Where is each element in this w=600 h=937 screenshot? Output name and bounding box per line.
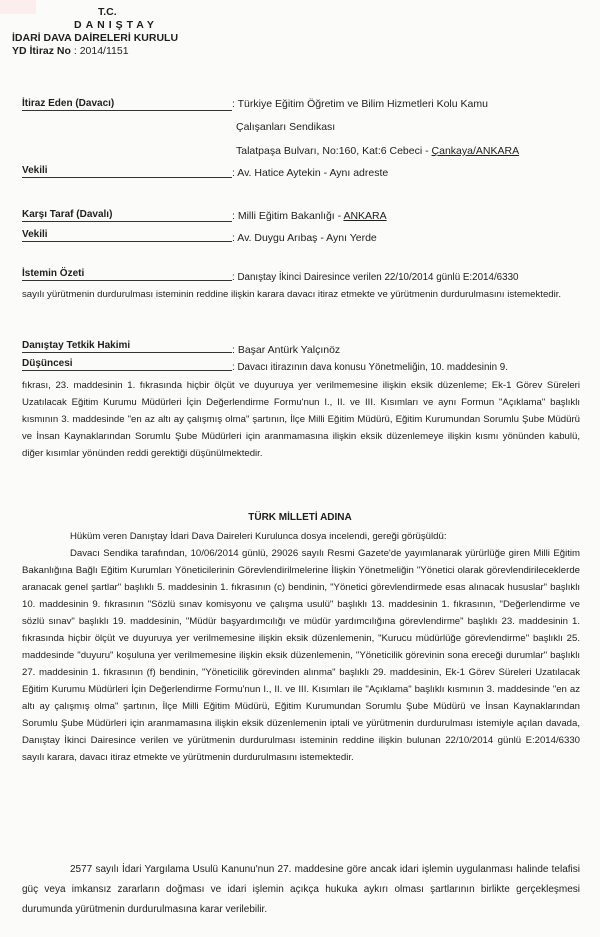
respondent-label: Karşı Taraf (Davalı) [22, 209, 232, 222]
summary-label: İstemin Özeti [22, 268, 232, 281]
decision-paragraph-1: Hüküm veren Danıştay İdari Dava Daireler… [22, 528, 580, 545]
decision-title: TÜRK MİLLETİ ADINA [0, 512, 600, 523]
summary-first-line: : Danıştay İkinci Dairesince verilen 22/… [232, 272, 518, 283]
decision-paragraph-2: Davacı Sendika tarafından, 10/06/2014 gü… [22, 545, 580, 766]
judge-name: : Başar Antürk Yalçınöz [232, 344, 340, 356]
summary-text: sayılı yürütmenin durdurulması isteminin… [22, 286, 580, 303]
judge-label: Danıştay Tetkik Hakimi [22, 340, 232, 353]
tc-heading: T.C. [12, 6, 178, 19]
appellant-address: Talatpaşa Bulvarı, No:160, Kat:6 Cebeci … [236, 145, 519, 157]
appellant-counsel-label: Vekili [22, 165, 232, 178]
appellant-counsel: : Av. Hatice Aytekin - Aynı adreste [232, 167, 388, 179]
appellant-line1: : Türkiye Eğitim Öğretim ve Bilim Hizmet… [232, 98, 488, 110]
appellant-line2: Çalışanları Sendikası [236, 121, 335, 133]
respondent: : Milli Eğitim Bakanlığı - ANKARA [232, 210, 387, 222]
board-name: İDARİ DAVA DAİRELERİ KURULU [12, 32, 178, 45]
decision-paragraph-3: 2577 sayılı İdari Yargılama Usulü Kanunu… [22, 860, 580, 920]
opinion-label: Düşüncesi [22, 358, 232, 371]
document-header: T.C. DANIŞTAY İDARİ DAVA DAİRELERİ KURUL… [12, 6, 178, 58]
file-number: YD İtiraz No : 2014/1151 [12, 45, 178, 58]
respondent-counsel: : Av. Duygu Arıbaş - Aynı Yerde [232, 232, 377, 244]
appellant-label: İtiraz Eden (Davacı) [22, 98, 232, 111]
respondent-counsel-label: Vekili [22, 229, 232, 242]
opinion-first-line: : Davacı itirazının dava konusu Yönetmel… [232, 362, 508, 373]
court-name: DANIŞTAY [12, 19, 178, 32]
opinion-text: fıkrası, 23. maddesinin 1. fıkrasında hi… [22, 377, 580, 462]
